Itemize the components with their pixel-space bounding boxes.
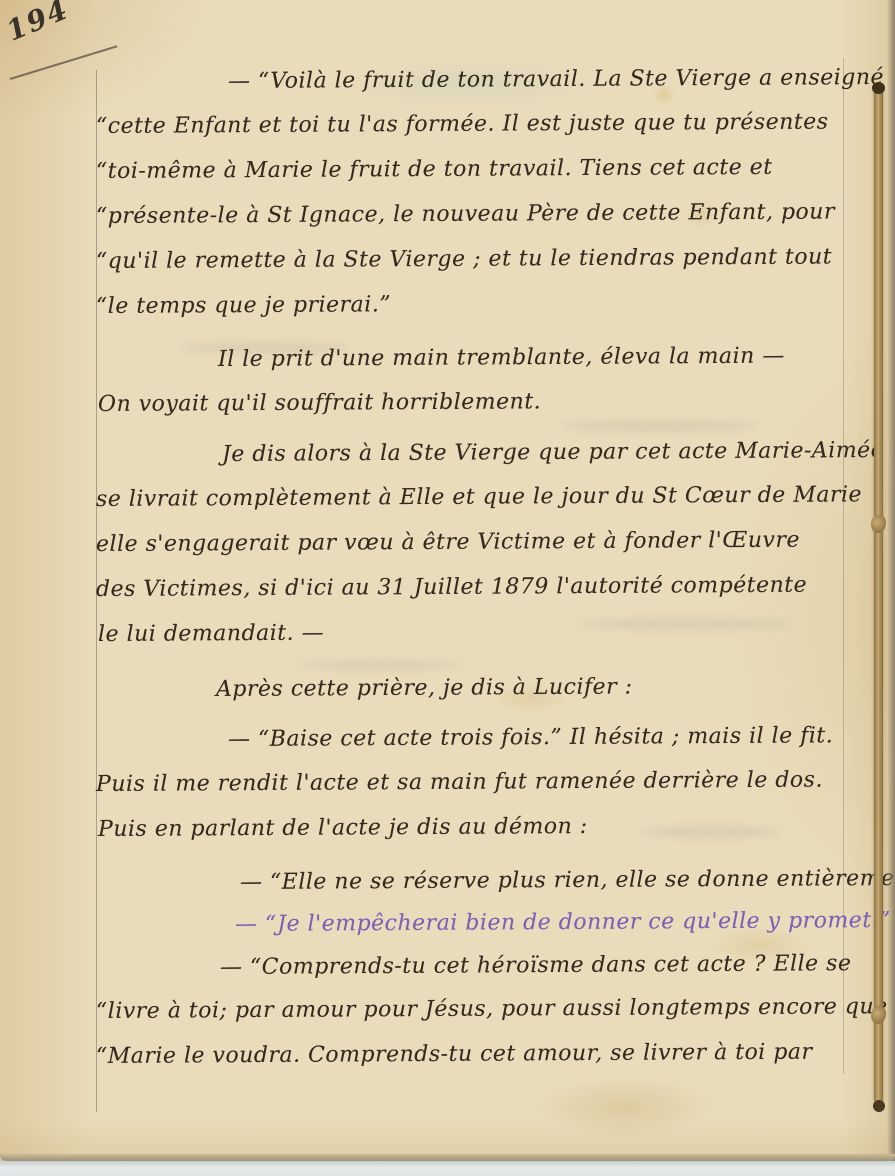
manuscript-line-purple: — “Je l'empêcherai bien de donner ce qu'… bbox=[235, 906, 891, 940]
binding-cord-top-knot bbox=[872, 82, 885, 94]
manuscript-line: — “Comprends-tu cet héroïsme dans cet ac… bbox=[220, 949, 852, 983]
page-number-underline bbox=[10, 45, 118, 80]
page-bottom-edge bbox=[0, 1154, 895, 1161]
binding-cord bbox=[874, 88, 883, 1104]
manuscript-line: “Marie le voudra. Comprends-tu cet amour… bbox=[96, 1038, 813, 1072]
ink-show-through bbox=[300, 660, 460, 670]
manuscript-line: Je dis alors à la Ste Vierge que par cet… bbox=[222, 436, 884, 470]
manuscript-line: — “Voilà le fruit de ton travail. La Ste… bbox=[228, 63, 884, 97]
ink-show-through bbox=[640, 826, 780, 838]
manuscript-page: 194 — “Voilà le fruit de ton travail. La… bbox=[0, 0, 895, 1161]
binding-cord-knot bbox=[871, 515, 886, 533]
manuscript-line: — “Elle ne se réserve plus rien, elle se… bbox=[240, 864, 895, 898]
page-right-edge-shadow bbox=[887, 0, 895, 1161]
manuscript-line: “le temps que je prierai.” bbox=[96, 290, 391, 322]
manuscript-line: “présente-le à St Ignace, le nouveau Pèr… bbox=[96, 197, 835, 232]
page-number: 194 bbox=[2, 0, 74, 48]
manuscript-line: — “Baise cet acte trois fois.” Il hésita… bbox=[228, 721, 833, 755]
manuscript-line: On voyait qu'il souffrait horriblement. bbox=[98, 387, 541, 420]
manuscript-line: elle s'engagerait par vœu à être Victime… bbox=[96, 526, 800, 560]
ink-show-through bbox=[580, 618, 790, 630]
manuscript-line: se livrait complètement à Elle et que le… bbox=[96, 480, 862, 515]
manuscript-line: Après cette prière, je dis à Lucifer : bbox=[216, 672, 633, 705]
ink-show-through bbox=[560, 420, 760, 432]
manuscript-line: Puis en parlant de l'acte je dis au démo… bbox=[98, 812, 588, 845]
manuscript-line: le lui demandait. — bbox=[98, 619, 324, 650]
manuscript-line: “livre à toi; par amour pour Jésus, pour… bbox=[96, 992, 888, 1027]
manuscript-line: “cette Enfant et toi tu l'as formée. Il … bbox=[96, 108, 829, 142]
manuscript-line: “qu'il le remette à la Ste Vierge ; et t… bbox=[96, 243, 832, 277]
manuscript-line: Puis il me rendit l'acte et sa main fut … bbox=[96, 766, 823, 800]
binding-cord-hole bbox=[873, 1100, 885, 1112]
manuscript-line: Il le prit d'une main tremblante, éleva … bbox=[218, 342, 785, 375]
manuscript-line: des Victimes, si d'ici au 31 Juillet 187… bbox=[96, 571, 807, 605]
scanner-background-strip bbox=[0, 1161, 895, 1176]
manuscript-line: “toi-même à Marie le fruit de ton travai… bbox=[96, 153, 773, 187]
